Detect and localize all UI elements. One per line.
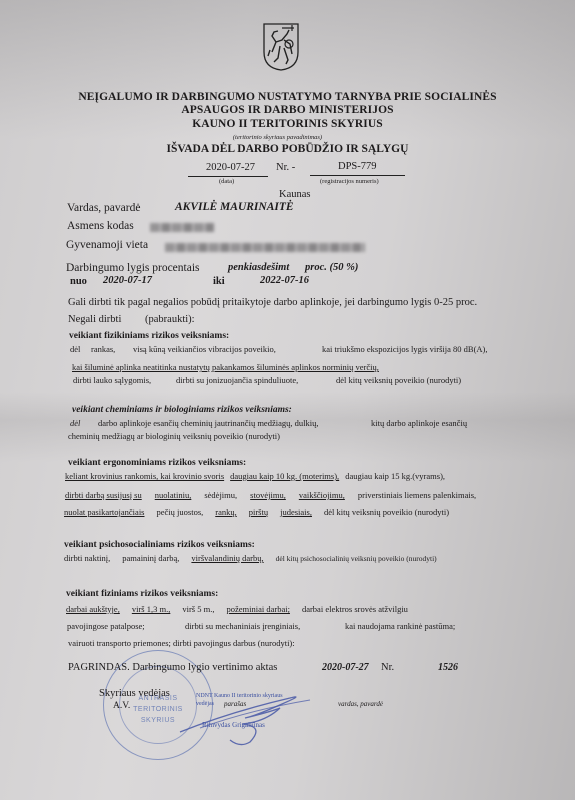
risk-item: dėl [70,344,80,354]
risk-item: dirbti lauko sąlygomis, [73,375,151,385]
agency-line-1: NEĮGALUMO IR DARBINGUMO NUSTATYMO TARNYB… [0,91,575,103]
section-heading-chemical: veikiant cheminiams ir biologiniams rizi… [72,405,292,415]
risk-item-underlined: kai šiluminė aplinka neatitinka nustatyt… [72,362,379,372]
risk-item-underlined: daugiau kaip 10 kg. (moterims), [230,471,339,481]
section-heading-psychosocial: veikiant psichosocialiniams rizikos veik… [64,540,255,550]
personal-code-redacted [150,223,214,232]
nr-label: Nr. - [276,162,295,173]
risk-item-underlined: požeminiai darbai; [226,604,290,614]
risk-item-underlined: keliant krovinius rankomis, kai krovinio… [65,471,224,481]
risk-item: virš 5 m., [182,604,214,614]
basis-nr-value: 1526 [438,662,458,673]
risk-item: dėl kitų psichosocialinių veiksnių povei… [276,554,437,563]
risk-item: pavojingose patalpose; [67,621,145,631]
physical-hazards-row-1: darbai aukštyje,virš 1,3 m.,virš 5 m.,po… [66,604,408,614]
risk-item-underlined: virš 1,3 m., [132,604,171,614]
capacity-percent: proc. (50 %) [305,262,358,273]
risk-item-underlined: pirštų [249,507,268,517]
from-label: nuo [70,276,87,287]
address-redacted [165,243,365,252]
risk-item: dėl [70,418,80,428]
name-value: AKVILĖ MAURINAITĖ [175,201,294,213]
section-heading-ergonomic: veikiant ergonominiams rizikos veiksniam… [68,458,246,468]
risk-item: rankas, [91,344,115,354]
risk-item: dėl kitų veiksnių poveikio (nurodyti) [324,507,449,517]
risk-item-underlined: stovėjimu, [250,490,286,500]
ergonomic-row-3: nuolat pasikartojančiaispečių juostos,ra… [64,507,449,517]
risk-item: dirbti su jonizuojančia spinduliuote, [176,375,298,385]
seal-label: A.V. [113,701,130,711]
name-label: Vardas, pavardė [67,202,140,214]
risk-item: kai naudojama rankinė pastūma; [345,621,455,631]
cannot-work-label: Negali dirbti [68,314,121,325]
address-label: Gyvenamoji vieta [66,239,148,251]
risk-item: sėdėjimu, [204,490,237,500]
intro-text: Gali dirbti tik pagal negalios pobūdį pr… [68,297,477,308]
risk-item: darbai elektros srovės atžvilgiu [302,604,408,614]
registration-underline [310,175,405,176]
risk-item: cheminių medžiagų ar biologinių veiksnių… [68,431,280,441]
risk-item: vairuoti transporto priemones; dirbti pa… [68,638,295,648]
risk-item: pečių juostos, [157,507,204,517]
registration-number: DPS-779 [338,161,377,172]
basis-label: PAGRINDAS. Darbingumo lygio vertinimo ak… [68,662,277,673]
date-caption: (data) [219,178,234,185]
capacity-label: Darbingumo lygis procentais [66,262,200,274]
to-date: 2022-07-16 [260,275,309,286]
ergonomic-row-2: dirbti darbą susijusį sunuolatiniu,sėdėj… [65,490,476,500]
ergonomic-row-1: keliant krovinius rankomis, kai krovinio… [65,471,445,481]
registration-caption: (registracijos numeris) [320,178,379,185]
risk-item: pamaininį darbą, [122,553,179,563]
risk-item-underlined: nuolatiniu, [155,490,192,500]
basis-date: 2020-07-27 [322,662,369,673]
risk-item: daugiau kaip 15 kg.(vyrams), [345,471,445,481]
risk-item-underlined: darbai aukštyje, [66,604,120,614]
risk-item-underlined: viršvalandinių darbų, [191,553,263,563]
name-caption: vardas, pavardė [338,700,383,708]
department-caption: (teritorinio skyriaus pavadinimas) [0,134,575,141]
to-label: iki [213,276,225,287]
risk-item: darbo aplinkoje esančių cheminių jautrin… [98,418,318,428]
psychosocial-row-1: dirbti naktinį,pamaininį darbą,viršvalan… [64,553,437,563]
place: Kaunas [279,189,311,200]
risk-item: kitų darbo aplinkoje esančių [371,418,467,428]
handwritten-signature [170,682,320,752]
risk-item-underlined: rankų, [215,507,236,517]
risk-item: dirbti naktinį, [64,553,110,563]
risk-item-underlined: vaikščiojimu, [299,490,345,500]
department-name: KAUNO II TERITORINIS SKYRIUS [0,118,575,130]
signer-role: Skyriaus vedėjas [99,688,170,699]
document-page: NEĮGALUMO IR DARBINGUMO NUSTATYMO TARNYB… [0,0,575,800]
risk-item: dėl kitų veiksnių poveikio (nurodyti) [336,375,461,385]
from-date: 2020-07-17 [103,275,152,286]
risk-item: kai triukšmo ekspozicijos lygis viršija … [322,344,488,354]
risk-item-underlined: dirbti darbą susijusį su [65,490,142,500]
risk-item: priverstiniais liemens palenkimais, [358,490,476,500]
date-underline [188,176,268,177]
basis-nr-label: Nr. [381,662,394,673]
section-heading-physical-hazards: veikiant fiziniams rizikos veiksniams: [66,589,218,599]
underline-hint: (pabraukti): [145,314,195,325]
personal-code-label: Asmens kodas [67,220,134,232]
risk-item: visą kūną veikiančios vibracijos poveiki… [133,344,276,354]
agency-line-2: APSAUGOS IR DARBO MINISTERIJOS [0,104,575,116]
section-heading-physical: veikiant fizikiniams rizikos veiksniams: [69,331,229,341]
coat-of-arms-icon [262,22,300,72]
document-title: IŠVADA DĖL DARBO POBŪDŽIO IR SĄLYGŲ [0,143,575,155]
issue-date: 2020-07-27 [206,162,255,173]
risk-item-underlined: judesiais, [280,507,312,517]
risk-item: dirbti su mechaniniais įrenginiais, [185,621,300,631]
capacity-words: penkiasdešimt [228,262,289,273]
risk-item-underlined: nuolat pasikartojančiais [64,507,145,517]
